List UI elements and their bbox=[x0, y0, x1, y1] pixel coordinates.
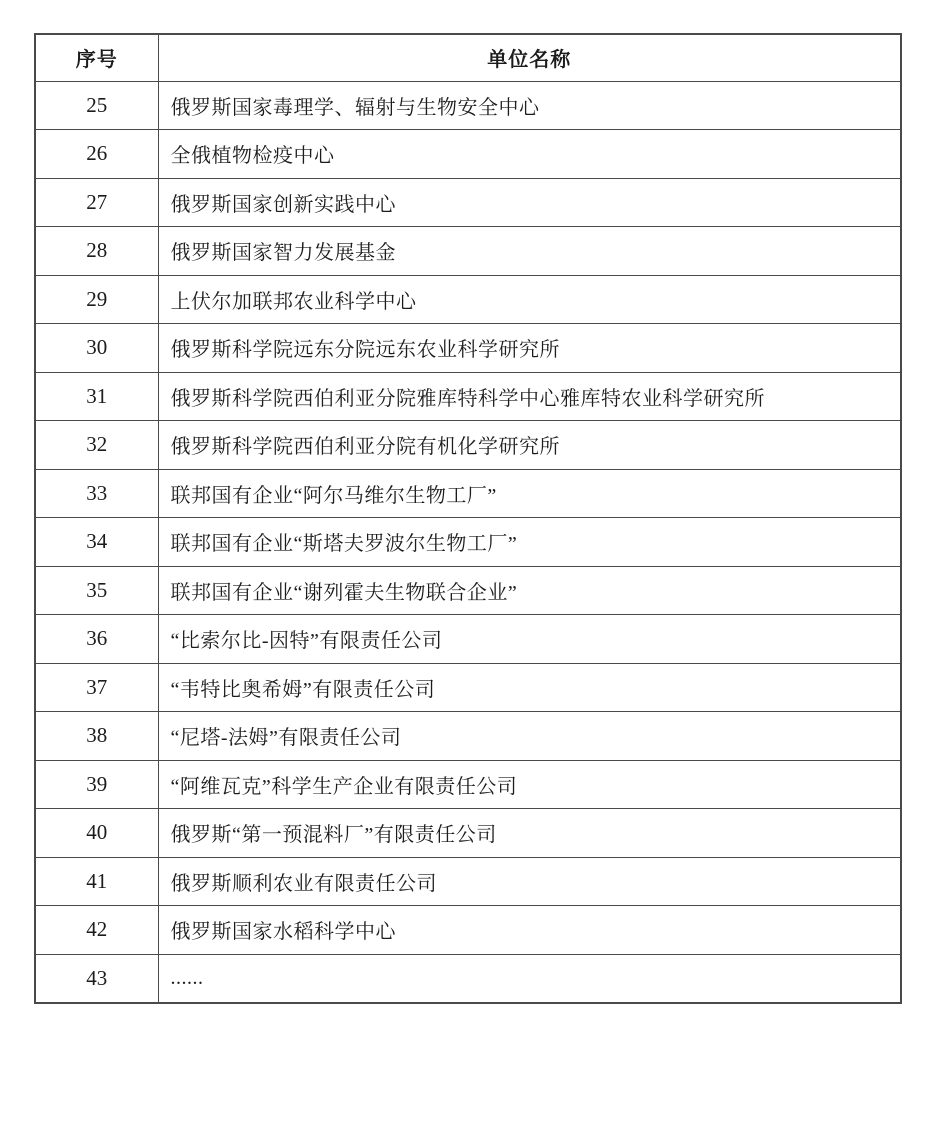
unit-name-cell: 上伏尔加联邦农业科学中心 bbox=[158, 275, 901, 324]
table-row: 34联邦国有企业“斯塔夫罗波尔生物工厂” bbox=[35, 518, 901, 567]
serial-number-cell: 28 bbox=[35, 227, 158, 276]
table-row: 28俄罗斯国家智力发展基金 bbox=[35, 227, 901, 276]
table-row: 27俄罗斯国家创新实践中心 bbox=[35, 178, 901, 227]
serial-number-cell: 34 bbox=[35, 518, 158, 567]
table-row: 41俄罗斯顺利农业有限责任公司 bbox=[35, 857, 901, 906]
serial-number-cell: 26 bbox=[35, 130, 158, 179]
column-header-unit-name: 单位名称 bbox=[158, 34, 901, 81]
serial-number-cell: 43 bbox=[35, 954, 158, 1003]
unit-name-cell: 联邦国有企业“谢列霍夫生物联合企业” bbox=[158, 566, 901, 615]
serial-number-cell: 29 bbox=[35, 275, 158, 324]
unit-name-cell: 联邦国有企业“阿尔马维尔生物工厂” bbox=[158, 469, 901, 518]
unit-name-cell: 俄罗斯国家智力发展基金 bbox=[158, 227, 901, 276]
table-row: 26全俄植物检疫中心 bbox=[35, 130, 901, 179]
serial-number-cell: 42 bbox=[35, 906, 158, 955]
unit-name-cell: “阿维瓦克”科学生产企业有限责任公司 bbox=[158, 760, 901, 809]
serial-number-cell: 40 bbox=[35, 809, 158, 858]
serial-number-cell: 36 bbox=[35, 615, 158, 664]
table-row: 30俄罗斯科学院远东分院远东农业科学研究所 bbox=[35, 324, 901, 373]
table-header-row: 序号 单位名称 bbox=[35, 34, 901, 81]
serial-number-cell: 25 bbox=[35, 81, 158, 130]
table-row: 35联邦国有企业“谢列霍夫生物联合企业” bbox=[35, 566, 901, 615]
unit-name-cell: 俄罗斯国家水稻科学中心 bbox=[158, 906, 901, 955]
table-body: 25俄罗斯国家毒理学、辐射与生物安全中心26全俄植物检疫中心27俄罗斯国家创新实… bbox=[35, 81, 901, 1003]
serial-number-cell: 37 bbox=[35, 663, 158, 712]
table-row: 25俄罗斯国家毒理学、辐射与生物安全中心 bbox=[35, 81, 901, 130]
table-row: 38“尼塔-法姆”有限责任公司 bbox=[35, 712, 901, 761]
unit-name-cell: “韦特比奥希姆”有限责任公司 bbox=[158, 663, 901, 712]
table-row: 42俄罗斯国家水稻科学中心 bbox=[35, 906, 901, 955]
serial-number-cell: 31 bbox=[35, 372, 158, 421]
column-header-serial-number: 序号 bbox=[35, 34, 158, 81]
serial-number-cell: 27 bbox=[35, 178, 158, 227]
table-row: 33联邦国有企业“阿尔马维尔生物工厂” bbox=[35, 469, 901, 518]
serial-number-cell: 30 bbox=[35, 324, 158, 373]
unit-name-cell: 俄罗斯科学院西伯利亚分院雅库特科学中心雅库特农业科学研究所 bbox=[158, 372, 901, 421]
serial-number-cell: 35 bbox=[35, 566, 158, 615]
unit-name-cell: 俄罗斯“第一预混料厂”有限责任公司 bbox=[158, 809, 901, 858]
unit-name-cell: ...... bbox=[158, 954, 901, 1003]
table-row: 43...... bbox=[35, 954, 901, 1003]
serial-number-cell: 39 bbox=[35, 760, 158, 809]
serial-number-cell: 33 bbox=[35, 469, 158, 518]
table-row: 36“比索尔比-因特”有限责任公司 bbox=[35, 615, 901, 664]
serial-number-cell: 38 bbox=[35, 712, 158, 761]
unit-name-cell: 俄罗斯顺利农业有限责任公司 bbox=[158, 857, 901, 906]
serial-number-cell: 41 bbox=[35, 857, 158, 906]
unit-name-cell: 俄罗斯科学院西伯利亚分院有机化学研究所 bbox=[158, 421, 901, 470]
table-row: 40俄罗斯“第一预混料厂”有限责任公司 bbox=[35, 809, 901, 858]
unit-name-cell: 俄罗斯科学院远东分院远东农业科学研究所 bbox=[158, 324, 901, 373]
unit-name-cell: 全俄植物检疫中心 bbox=[158, 130, 901, 179]
unit-name-cell: 俄罗斯国家毒理学、辐射与生物安全中心 bbox=[158, 81, 901, 130]
unit-name-cell: “尼塔-法姆”有限责任公司 bbox=[158, 712, 901, 761]
table-row: 32俄罗斯科学院西伯利亚分院有机化学研究所 bbox=[35, 421, 901, 470]
table-row: 37“韦特比奥希姆”有限责任公司 bbox=[35, 663, 901, 712]
unit-name-cell: “比索尔比-因特”有限责任公司 bbox=[158, 615, 901, 664]
unit-name-cell: 联邦国有企业“斯塔夫罗波尔生物工厂” bbox=[158, 518, 901, 567]
table-row: 29上伏尔加联邦农业科学中心 bbox=[35, 275, 901, 324]
unit-list-table: 序号 单位名称 25俄罗斯国家毒理学、辐射与生物安全中心26全俄植物检疫中心27… bbox=[34, 33, 902, 1004]
table-row: 31俄罗斯科学院西伯利亚分院雅库特科学中心雅库特农业科学研究所 bbox=[35, 372, 901, 421]
serial-number-cell: 32 bbox=[35, 421, 158, 470]
unit-name-cell: 俄罗斯国家创新实践中心 bbox=[158, 178, 901, 227]
table-row: 39“阿维瓦克”科学生产企业有限责任公司 bbox=[35, 760, 901, 809]
